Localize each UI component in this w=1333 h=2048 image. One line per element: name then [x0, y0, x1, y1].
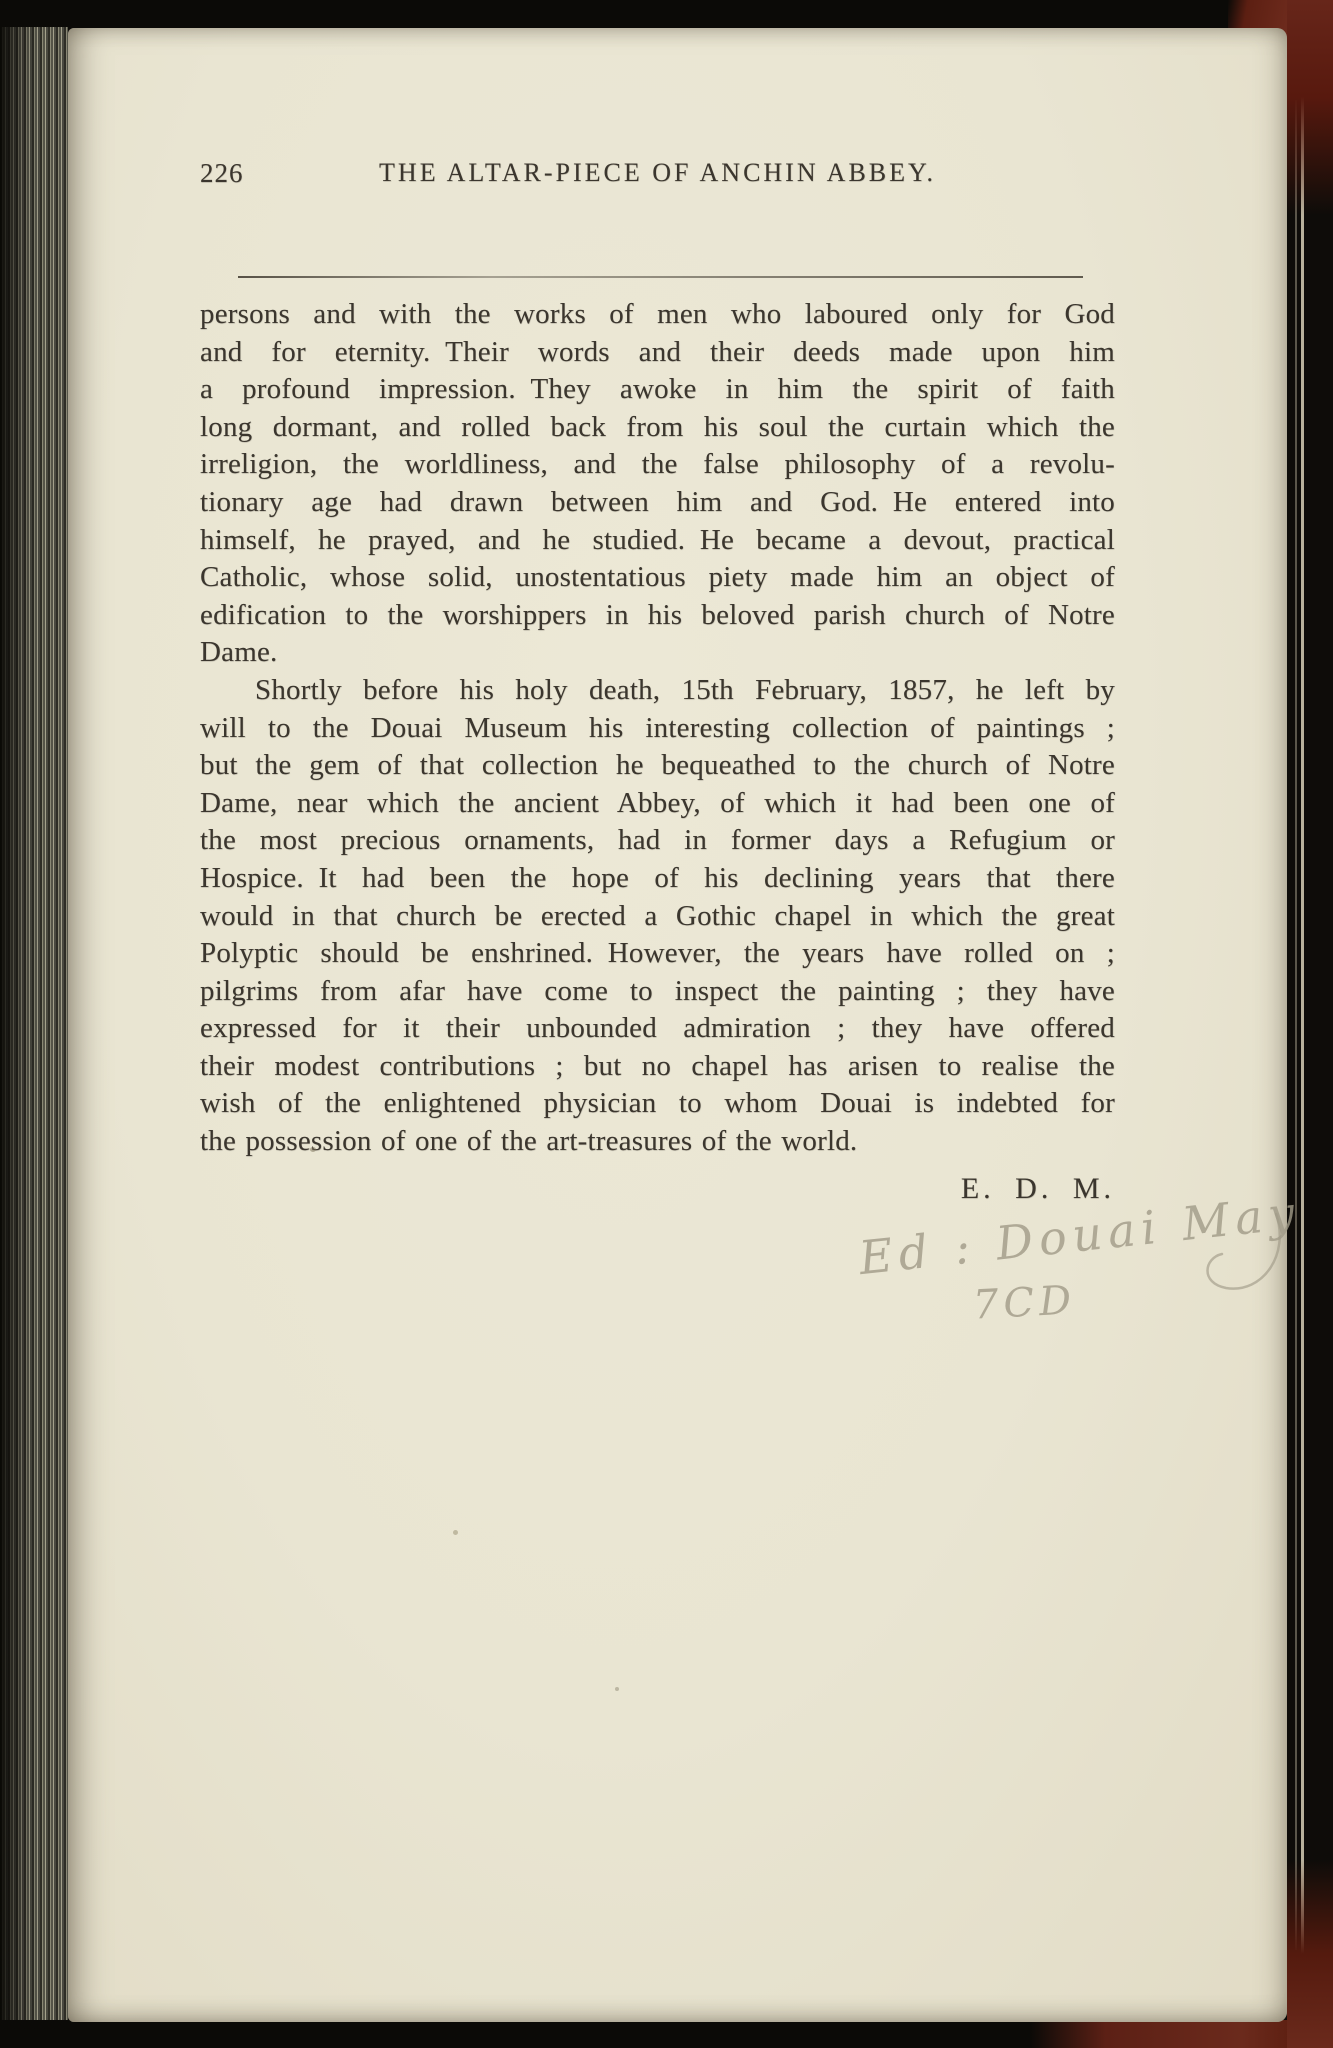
text-line: the most precious ornaments, had in form…	[200, 822, 1115, 860]
next-page-edge-line	[1301, 45, 1304, 1985]
running-title: THE ALTAR-PIECE OF ANCHIN ABBEY.	[200, 158, 1115, 188]
text-line: Polyptic should be enshrined. However, t…	[200, 935, 1115, 973]
signature: E. D. M.	[200, 1172, 1115, 1206]
text-line: expressed for it their unbounded admirat…	[200, 1010, 1115, 1048]
book-cover-right-upper	[1287, 0, 1333, 215]
book-page: 226 THE ALTAR-PIECE OF ANCHIN ABBEY. per…	[68, 28, 1287, 2022]
paper-speck	[310, 1147, 316, 1152]
text-line: wish of the enlightened physician to who…	[200, 1085, 1115, 1123]
book-right-gap	[1287, 0, 1333, 2048]
text-line: Hospice. It had been the hope of his dec…	[200, 860, 1115, 898]
text-line: irreligion, the worldliness, and the fal…	[200, 446, 1115, 484]
text-line: Dame.	[200, 634, 1115, 672]
body-text: persons and with the works of men who la…	[200, 296, 1115, 1161]
text-line: and for eternity. Their words and their …	[200, 334, 1115, 372]
text-line: will to the Douai Museum his interesting…	[200, 710, 1115, 748]
paper-speck	[615, 1687, 619, 1691]
paper-speck	[453, 1530, 458, 1535]
text-line: long dormant, and rolled back from his s…	[200, 409, 1115, 447]
text-line: himself, he prayed, and he studied. He b…	[200, 522, 1115, 560]
text-line: pilgrims from afar have come to inspect …	[200, 973, 1115, 1011]
text-line: Shortly before his holy death, 15th Febr…	[200, 672, 1115, 710]
pencil-flourish	[1108, 1196, 1288, 1346]
text-line: Catholic, whose solid, unostentatious pi…	[200, 559, 1115, 597]
handwriting-line-2: 7CD	[972, 1277, 1077, 1328]
text-line: but the gem of that collection he bequea…	[200, 747, 1115, 785]
text-line: their modest contributions ; but no chap…	[200, 1048, 1115, 1086]
book-page-edges-left	[0, 0, 68, 2048]
scanned-book-photo: 226 THE ALTAR-PIECE OF ANCHIN ABBEY. per…	[0, 0, 1333, 2048]
text-line: edification to the worshippers in his be…	[200, 597, 1115, 635]
header-rule	[238, 276, 1083, 278]
scan-border-top	[0, 0, 1333, 27]
next-page-edge-line-faint	[1295, 100, 1297, 1950]
text-line: tionary age had drawn between him and Go…	[200, 484, 1115, 522]
text-line: Dame, near which the ancient Abbey, of w…	[200, 785, 1115, 823]
text-line: persons and with the works of men who la…	[200, 296, 1115, 334]
text-line: would in that church be erected a Gothic…	[200, 898, 1115, 936]
text-line: a profound impression. They awoke in him…	[200, 371, 1115, 409]
text-line: the possession of one of the art-treasur…	[200, 1123, 1115, 1161]
book-cover-right-lower	[1287, 1860, 1333, 2048]
